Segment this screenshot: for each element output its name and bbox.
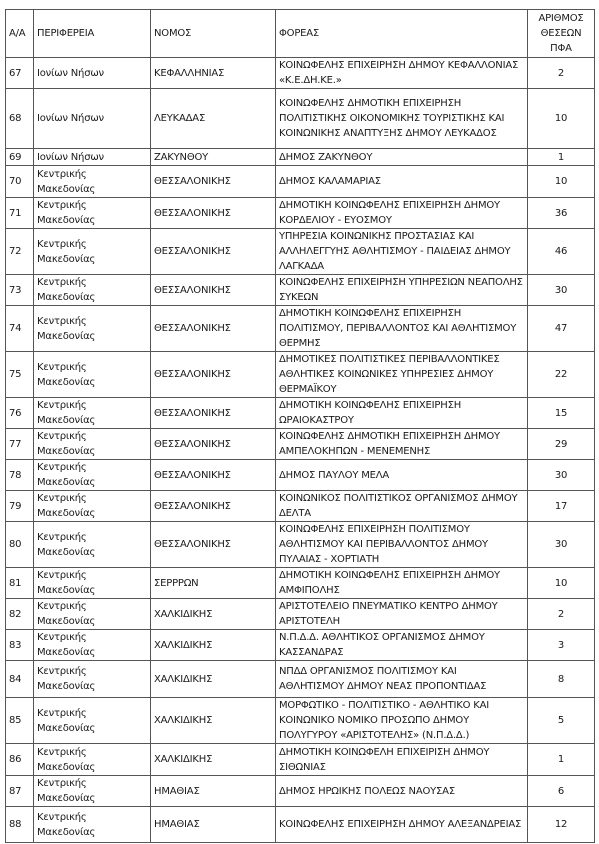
cell-body: ΚΟΙΝΩΦΕΛΗΣ ΕΠΙΧΕΙΡΗΣΗ ΠΟΛΙΤΙΣΜΟΥ ΑΘΛΗΤΙΣ… bbox=[276, 522, 528, 568]
cell-region: Κεντρικής Μακεδονίας bbox=[34, 275, 151, 306]
table-row: 68Ιονίων ΝήσωνΛΕΥΚΑΔΑΣΚΟΙΝΩΦΕΛΗΣ ΔΗΜΟΤΙΚ… bbox=[6, 89, 595, 149]
cell-aa: 67 bbox=[6, 58, 34, 89]
cell-aa: 74 bbox=[6, 306, 34, 352]
cell-aa: 84 bbox=[6, 661, 34, 698]
table-row: 74Κεντρικής ΜακεδονίαςΘΕΣΣΑΛΟΝΙΚΗΣΔΗΜΟΤΙ… bbox=[6, 306, 595, 352]
cell-prefecture: ΖΑΚΥΝΘΟΥ bbox=[151, 149, 276, 166]
cell-aa: 87 bbox=[6, 776, 34, 807]
cell-aa: 85 bbox=[6, 698, 34, 744]
cell-aa: 76 bbox=[6, 398, 34, 429]
cell-region: Κεντρικής Μακεδονίας bbox=[34, 166, 151, 198]
cell-positions: 2 bbox=[528, 599, 595, 630]
table-row: 73Κεντρικής ΜακεδονίαςΘΕΣΣΑΛΟΝΙΚΗΣΚΟΙΝΩΦ… bbox=[6, 275, 595, 306]
cell-body: ΝΠΔΔ ΟΡΓΑΝΙΣΜΟΣ ΠΟΛΙΤΙΣΜΟΥ ΚΑΙ ΑΘΛΗΤΙΣΜΟ… bbox=[276, 661, 528, 698]
cell-region: Κεντρικής Μακεδονίας bbox=[34, 352, 151, 398]
cell-positions: 22 bbox=[528, 352, 595, 398]
table-row: 86Κεντρικής ΜακεδονίαςΧΑΛΚΙΔΙΚΗΣΔΗΜΟΤΙΚΗ… bbox=[6, 744, 595, 776]
cell-prefecture: ΧΑΛΚΙΔΙΚΗΣ bbox=[151, 599, 276, 630]
cell-positions: 17 bbox=[528, 491, 595, 522]
cell-aa: 81 bbox=[6, 568, 34, 599]
cell-positions: 10 bbox=[528, 89, 595, 149]
cell-aa: 71 bbox=[6, 198, 34, 229]
cell-prefecture: ΧΑΛΚΙΔΙΚΗΣ bbox=[151, 630, 276, 661]
cell-prefecture: ΚΕΦΑΛΛΗΝΙΑΣ bbox=[151, 58, 276, 89]
table-row: 67Ιονίων ΝήσωνΚΕΦΑΛΛΗΝΙΑΣΚΟΙΝΩΦΕΛΗΣ ΕΠΙΧ… bbox=[6, 58, 595, 89]
cell-positions: 30 bbox=[528, 275, 595, 306]
cell-region: Ιονίων Νήσων bbox=[34, 58, 151, 89]
cell-aa: 72 bbox=[6, 229, 34, 275]
cell-positions: 1 bbox=[528, 149, 595, 166]
cell-positions: 3 bbox=[528, 630, 595, 661]
cell-prefecture: ΘΕΣΣΑΛΟΝΙΚΗΣ bbox=[151, 166, 276, 198]
cell-prefecture: ΘΕΣΣΑΛΟΝΙΚΗΣ bbox=[151, 198, 276, 229]
cell-positions: 15 bbox=[528, 398, 595, 429]
table-row: 70Κεντρικής ΜακεδονίαςΘΕΣΣΑΛΟΝΙΚΗΣΔΗΜΟΣ … bbox=[6, 166, 595, 198]
cell-prefecture: ΘΕΣΣΑΛΟΝΙΚΗΣ bbox=[151, 522, 276, 568]
cell-region: Κεντρικής Μακεδονίας bbox=[34, 568, 151, 599]
table-row: 79Κεντρικής ΜακεδονίαςΘΕΣΣΑΛΟΝΙΚΗΣΚΟΙΝΩΝ… bbox=[6, 491, 595, 522]
cell-body: ΔΗΜΟΤΙΚΕΣ ΠΟΛΙΤΙΣΤΙΚΕΣ ΠΕΡΙΒΑΛΛΟΝΤΙΚΕΣ Α… bbox=[276, 352, 528, 398]
cell-aa: 77 bbox=[6, 429, 34, 460]
cell-positions: 46 bbox=[528, 229, 595, 275]
cell-body: ΔΗΜΟΣ ΗΡΩΙΚΗΣ ΠΟΛΕΩΣ ΝΑΟΥΣΑΣ bbox=[276, 776, 528, 807]
cell-aa: 86 bbox=[6, 744, 34, 776]
cell-prefecture: ΘΕΣΣΑΛΟΝΙΚΗΣ bbox=[151, 306, 276, 352]
cell-aa: 78 bbox=[6, 460, 34, 491]
cell-region: Κεντρικής Μακεδονίας bbox=[34, 491, 151, 522]
table-row: 81Κεντρικής ΜακεδονίαςΣΕΡΡΡΩΝΔΗΜΟΤΙΚΗ ΚΟ… bbox=[6, 568, 595, 599]
cell-positions: 30 bbox=[528, 522, 595, 568]
header-region: ΠΕΡΙΦΕΡΕΙΑ bbox=[34, 10, 151, 58]
cell-positions: 2 bbox=[528, 58, 595, 89]
cell-region: Κεντρικής Μακεδονίας bbox=[34, 630, 151, 661]
cell-region: Κεντρικής Μακεδονίας bbox=[34, 522, 151, 568]
cell-region: Κεντρικής Μακεδονίας bbox=[34, 306, 151, 352]
table-row: 78Κεντρικής ΜακεδονίαςΘΕΣΣΑΛΟΝΙΚΗΣΔΗΜΟΣ … bbox=[6, 460, 595, 491]
table-row: 84Κεντρικής ΜακεδονίαςΧΑΛΚΙΔΙΚΗΣΝΠΔΔ ΟΡΓ… bbox=[6, 661, 595, 698]
table-row: 77Κεντρικής ΜακεδονίαςΘΕΣΣΑΛΟΝΙΚΗΣΚΟΙΝΩΦ… bbox=[6, 429, 595, 460]
cell-prefecture: ΘΕΣΣΑΛΟΝΙΚΗΣ bbox=[151, 429, 276, 460]
header-positions: ΑΡΙΘΜΟΣ ΘΕΣΕΩΝ ΠΦΑ bbox=[528, 10, 595, 58]
cell-prefecture: ΣΕΡΡΡΩΝ bbox=[151, 568, 276, 599]
table-row: 83Κεντρικής ΜακεδονίαςΧΑΛΚΙΔΙΚΗΣΝ.Π.Δ.Δ.… bbox=[6, 630, 595, 661]
cell-body: ΥΠΗΡΕΣΙΑ ΚΟΙΝΩΝΙΚΗΣ ΠΡΟΣΤΑΣΙΑΣ ΚΑΙ ΑΛΛΗΛ… bbox=[276, 229, 528, 275]
table-row: 85Κεντρικής ΜακεδονίαςΧΑΛΚΙΔΙΚΗΣΜΟΡΦΩΤΙΚ… bbox=[6, 698, 595, 744]
table-row: 80Κεντρικής ΜακεδονίαςΘΕΣΣΑΛΟΝΙΚΗΣΚΟΙΝΩΦ… bbox=[6, 522, 595, 568]
cell-body: ΔΗΜΟΤΙΚΗ ΚΟΙΝΩΦΕΛΗΣ ΕΠΙΧΕΙΡΗΣΗ ΠΟΛΙΤΙΣΜΟ… bbox=[276, 306, 528, 352]
cell-body: ΔΗΜΟΤΙΚΗ ΚΟΙΝΩΦΕΛΗΣ ΕΠΙΧΕΙΡΗΣΗ ΩΡΑΙΟΚΑΣΤ… bbox=[276, 398, 528, 429]
cell-aa: 83 bbox=[6, 630, 34, 661]
header-aa: Α/Α bbox=[6, 10, 34, 58]
cell-body: ΜΟΡΦΩΤΙΚΟ - ΠΟΛΙΤΙΣΤΙΚΟ - ΑΘΛΗΤΙΚΟ ΚΑΙ Κ… bbox=[276, 698, 528, 744]
cell-prefecture: ΧΑΛΚΙΔΙΚΗΣ bbox=[151, 698, 276, 744]
cell-positions: 1 bbox=[528, 744, 595, 776]
cell-positions: 12 bbox=[528, 807, 595, 843]
cell-prefecture: ΗΜΑΘΙΑΣ bbox=[151, 776, 276, 807]
cell-body: ΔΗΜΟΤΙΚΗ ΚΟΙΝΩΦΕΛΗΣ ΕΠΙΧΕΙΡΗΣΗ ΔΗΜΟΥ ΑΜΦ… bbox=[276, 568, 528, 599]
cell-region: Ιονίων Νήσων bbox=[34, 89, 151, 149]
cell-region: Κεντρικής Μακεδονίας bbox=[34, 460, 151, 491]
cell-region: Κεντρικής Μακεδονίας bbox=[34, 229, 151, 275]
cell-body: ΔΗΜΟΣ ΚΑΛΑΜΑΡΙΑΣ bbox=[276, 166, 528, 198]
cell-region: Κεντρικής Μακεδονίας bbox=[34, 661, 151, 698]
header-body: ΦΟΡΕΑΣ bbox=[276, 10, 528, 58]
cell-prefecture: ΛΕΥΚΑΔΑΣ bbox=[151, 89, 276, 149]
cell-positions: 29 bbox=[528, 429, 595, 460]
cell-prefecture: ΘΕΣΣΑΛΟΝΙΚΗΣ bbox=[151, 352, 276, 398]
cell-positions: 47 bbox=[528, 306, 595, 352]
cell-body: ΑΡΙΣΤΟΤΕΛΕΙΟ ΠΝΕΥΜΑΤΙΚΟ ΚΕΝΤΡΟ ΔΗΜΟΥ ΑΡΙ… bbox=[276, 599, 528, 630]
table-row: 87Κεντρικής ΜακεδονίαςΗΜΑΘΙΑΣΔΗΜΟΣ ΗΡΩΙΚ… bbox=[6, 776, 595, 807]
cell-aa: 68 bbox=[6, 89, 34, 149]
positions-table: Α/Α ΠΕΡΙΦΕΡΕΙΑ ΝΟΜΟΣ ΦΟΡΕΑΣ ΑΡΙΘΜΟΣ ΘΕΣΕ… bbox=[5, 9, 595, 843]
cell-aa: 79 bbox=[6, 491, 34, 522]
cell-positions: 6 bbox=[528, 776, 595, 807]
cell-region: Κεντρικής Μακεδονίας bbox=[34, 599, 151, 630]
table-row: 72Κεντρικής ΜακεδονίαςΘΕΣΣΑΛΟΝΙΚΗΣΥΠΗΡΕΣ… bbox=[6, 229, 595, 275]
cell-body: ΚΟΙΝΩΦΕΛΗΣ ΕΠΙΧΕΙΡΗΣΗ ΔΗΜΟΥ ΑΛΕΞΑΝΔΡΕΙΑΣ bbox=[276, 807, 528, 843]
table-row: 71Κεντρικής ΜακεδονίαςΘΕΣΣΑΛΟΝΙΚΗΣΔΗΜΟΤΙ… bbox=[6, 198, 595, 229]
cell-region: Κεντρικής Μακεδονίας bbox=[34, 429, 151, 460]
cell-aa: 80 bbox=[6, 522, 34, 568]
table-row: 88Κεντρικής ΜακεδονίαςΗΜΑΘΙΑΣΚΟΙΝΩΦΕΛΗΣ … bbox=[6, 807, 595, 843]
cell-prefecture: ΧΑΛΚΙΔΙΚΗΣ bbox=[151, 744, 276, 776]
cell-positions: 8 bbox=[528, 661, 595, 698]
cell-body: ΚΟΙΝΩΦΕΛΗΣ ΕΠΙΧΕΙΡΗΣΗ ΥΠΗΡΕΣΙΩΝ ΝΕΑΠΟΛΗΣ… bbox=[276, 275, 528, 306]
cell-region: Κεντρικής Μακεδονίας bbox=[34, 198, 151, 229]
cell-prefecture: ΧΑΛΚΙΔΙΚΗΣ bbox=[151, 661, 276, 698]
table-row: 82Κεντρικής ΜακεδονίαςΧΑΛΚΙΔΙΚΗΣΑΡΙΣΤΟΤΕ… bbox=[6, 599, 595, 630]
cell-body: ΚΟΙΝΩΦΕΛΗΣ ΕΠΙΧΕΙΡΗΣΗ ΔΗΜΟΥ ΚΕΦΑΛΛΟΝΙΑΣ … bbox=[276, 58, 528, 89]
cell-prefecture: ΘΕΣΣΑΛΟΝΙΚΗΣ bbox=[151, 460, 276, 491]
cell-region: Κεντρικής Μακεδονίας bbox=[34, 698, 151, 744]
cell-positions: 36 bbox=[528, 198, 595, 229]
cell-body: ΔΗΜΟΤΙΚΗ ΚΟΙΝΩΦΕΛΗ ΕΠΙΧΕΙΡΙΣΗ ΔΗΜΟΥ ΣΙΘΩ… bbox=[276, 744, 528, 776]
cell-region: Κεντρικής Μακεδονίας bbox=[34, 776, 151, 807]
cell-body: Ν.Π.Δ.Δ. ΑΘΛΗΤΙΚΟΣ ΟΡΓΑΝΙΣΜΟΣ ΔΗΜΟΥ ΚΑΣΣ… bbox=[276, 630, 528, 661]
cell-body: ΔΗΜΟΣ ΠΑΥΛΟΥ ΜΕΛΑ bbox=[276, 460, 528, 491]
cell-prefecture: ΘΕΣΣΑΛΟΝΙΚΗΣ bbox=[151, 398, 276, 429]
cell-body: ΚΟΙΝΩΝΙΚΟΣ ΠΟΛΙΤΙΣΤΙΚΟΣ ΟΡΓΑΝΙΣΜΟΣ ΔΗΜΟΥ… bbox=[276, 491, 528, 522]
cell-body: ΚΟΙΝΩΦΕΛΗΣ ΔΗΜΟΤΙΚΗ ΕΠΙΧΕΙΡΗΣΗ ΔΗΜΟΥ ΑΜΠ… bbox=[276, 429, 528, 460]
cell-region: Κεντρικής Μακεδονίας bbox=[34, 744, 151, 776]
cell-prefecture: ΘΕΣΣΑΛΟΝΙΚΗΣ bbox=[151, 229, 276, 275]
cell-region: Κεντρικής Μακεδονίας bbox=[34, 398, 151, 429]
table-row: 69Ιονίων ΝήσωνΖΑΚΥΝΘΟΥΔΗΜΟΣ ΖΑΚΥΝΘΟΥ1 bbox=[6, 149, 595, 166]
table-row: 76Κεντρικής ΜακεδονίαςΘΕΣΣΑΛΟΝΙΚΗΣΔΗΜΟΤΙ… bbox=[6, 398, 595, 429]
cell-region: Κεντρικής Μακεδονίας bbox=[34, 807, 151, 843]
cell-aa: 88 bbox=[6, 807, 34, 843]
cell-prefecture: ΗΜΑΘΙΑΣ bbox=[151, 807, 276, 843]
cell-positions: 30 bbox=[528, 460, 595, 491]
table-row: 75Κεντρικής ΜακεδονίαςΘΕΣΣΑΛΟΝΙΚΗΣΔΗΜΟΤΙ… bbox=[6, 352, 595, 398]
cell-prefecture: ΘΕΣΣΑΛΟΝΙΚΗΣ bbox=[151, 491, 276, 522]
cell-region: Ιονίων Νήσων bbox=[34, 149, 151, 166]
cell-aa: 75 bbox=[6, 352, 34, 398]
cell-prefecture: ΘΕΣΣΑΛΟΝΙΚΗΣ bbox=[151, 275, 276, 306]
cell-body: ΔΗΜΟΣ ΖΑΚΥΝΘΟΥ bbox=[276, 149, 528, 166]
cell-aa: 82 bbox=[6, 599, 34, 630]
cell-positions: 5 bbox=[528, 698, 595, 744]
cell-positions: 10 bbox=[528, 166, 595, 198]
cell-body: ΔΗΜΟΤΙΚΗ ΚΟΙΝΩΦΕΛΗΣ ΕΠΙΧΕΙΡΗΣΗ ΔΗΜΟΥ ΚΟΡ… bbox=[276, 198, 528, 229]
cell-aa: 70 bbox=[6, 166, 34, 198]
cell-body: ΚΟΙΝΩΦΕΛΗΣ ΔΗΜΟΤΙΚΗ ΕΠΙΧΕΙΡΗΣΗ ΠΟΛΙΤΙΣΤΙ… bbox=[276, 89, 528, 149]
cell-aa: 69 bbox=[6, 149, 34, 166]
cell-positions: 10 bbox=[528, 568, 595, 599]
table-header-row: Α/Α ΠΕΡΙΦΕΡΕΙΑ ΝΟΜΟΣ ΦΟΡΕΑΣ ΑΡΙΘΜΟΣ ΘΕΣΕ… bbox=[6, 10, 595, 58]
header-prefecture: ΝΟΜΟΣ bbox=[151, 10, 276, 58]
cell-aa: 73 bbox=[6, 275, 34, 306]
